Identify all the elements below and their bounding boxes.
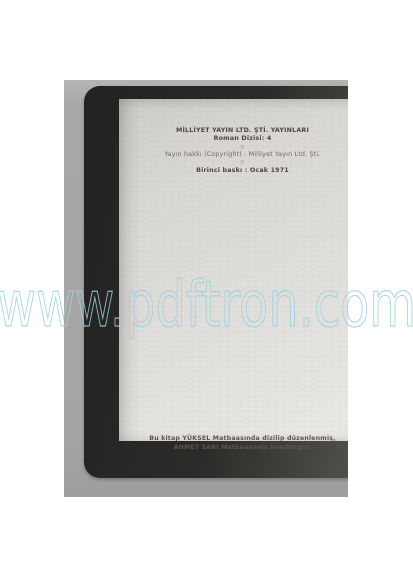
publisher-name: MİLLİYET YAYIN LTD. ŞTİ. YAYINLARI: [126, 127, 348, 135]
printer-block: Bu kitap YÜKSEL Matbaasında dizilip düze…: [126, 434, 348, 452]
copyright-line: Yayın hakkı (Copyright) : Milliyet Yayın…: [126, 151, 348, 159]
series-line: Roman Dizisi: 4: [126, 135, 348, 143]
printer-line-1: Bu kitap YÜKSEL Matbaasında dizilip düze…: [126, 434, 348, 443]
book-cover-edge: MİLLİYET YAYIN LTD. ŞTİ. YAYINLARI Roman…: [84, 86, 348, 478]
scan-margin-background: MİLLİYET YAYIN LTD. ŞTİ. YAYINLARI Roman…: [0, 0, 413, 584]
ornament-circle-icon: ○: [126, 159, 348, 166]
book-photo: MİLLİYET YAYIN LTD. ŞTİ. YAYINLARI Roman…: [64, 80, 348, 497]
book-page: MİLLİYET YAYIN LTD. ŞTİ. YAYINLARI Roman…: [119, 99, 348, 441]
publisher-block: MİLLİYET YAYIN LTD. ŞTİ. YAYINLARI Roman…: [126, 127, 348, 175]
printer-line-2: AHMET SARI Matbaasında basılmıştır.: [126, 443, 348, 452]
edition-line: Birinci baskı : Ocak 1971: [126, 167, 348, 175]
ornament-circle-icon: ○: [126, 144, 348, 151]
